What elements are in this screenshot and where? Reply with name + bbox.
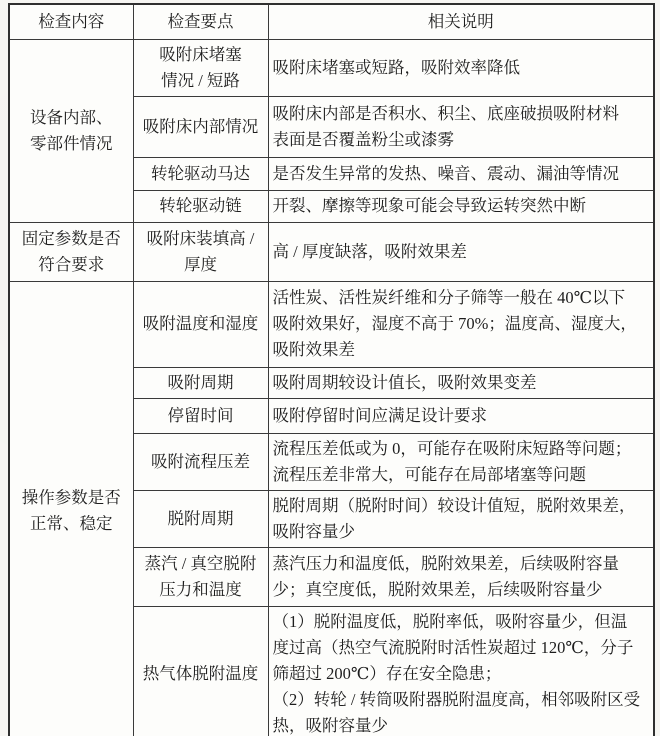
group-cell-fixed-params: 固定参数是否 符合要求 <box>9 222 133 281</box>
point-cell: 吸附床内部情况 <box>133 96 268 157</box>
description-cell: 活性炭、活性炭纤维和分子筛等一般在 40℃以下 吸附效果好，湿度不高于 70%；… <box>268 281 654 367</box>
table-row: 操作参数是否 正常、稳定 吸附温度和湿度 活性炭、活性炭纤维和分子筛等一般在 4… <box>9 281 654 367</box>
document-page: 检查内容 检查要点 相关说明 设备内部、 零部件情况 吸附床堵塞 情况 / 短路… <box>0 0 660 736</box>
description-cell: 高 / 厚度缺落，吸附效果差 <box>268 222 654 281</box>
description-cell: 流程压差低或为 0，可能存在吸附床短路等问题； 流程压差非常大，可能存在局部堵塞… <box>268 433 654 490</box>
point-cell: 吸附周期 <box>133 367 268 398</box>
description-cell: 开裂、摩擦等现象可能会导致运转突然中断 <box>268 190 654 222</box>
table-row: 设备内部、 零部件情况 吸附床堵塞 情况 / 短路 吸附床堵塞或短路，吸附效率降… <box>9 39 654 96</box>
group-cell-operating-params: 操作参数是否 正常、稳定 <box>9 281 133 736</box>
table-row: 固定参数是否 符合要求 吸附床装填高 / 厚度 高 / 厚度缺落，吸附效果差 <box>9 222 654 281</box>
description-cell: 吸附停留时间应满足设计要求 <box>268 398 654 433</box>
inspection-table: 检查内容 检查要点 相关说明 设备内部、 零部件情况 吸附床堵塞 情况 / 短路… <box>8 3 655 736</box>
description-cell: 蒸汽压力和温度低，脱附效果差，后续吸附容量 少；真空度低，脱附效果差，后续吸附容… <box>268 547 654 606</box>
header-row: 检查内容 检查要点 相关说明 <box>9 4 654 39</box>
description-cell: （1）脱附温度低，脱附率低，吸附容量少，但温 度过高（热空气流脱附时活性炭超过 … <box>268 606 654 736</box>
point-cell: 吸附床堵塞 情况 / 短路 <box>133 39 268 96</box>
point-cell: 蒸汽 / 真空脱附 压力和温度 <box>133 547 268 606</box>
description-cell: 是否发生异常的发热、噪音、震动、漏油等情况 <box>268 157 654 190</box>
group-cell-equipment-parts: 设备内部、 零部件情况 <box>9 39 133 222</box>
point-cell: 转轮驱动马达 <box>133 157 268 190</box>
point-cell: 吸附温度和湿度 <box>133 281 268 367</box>
point-cell: 脱附周期 <box>133 490 268 547</box>
description-cell: 脱附周期（脱附时间）较设计值短，脱附效果差， 吸附容量少 <box>268 490 654 547</box>
header-related-note: 相关说明 <box>268 4 654 39</box>
point-cell: 停留时间 <box>133 398 268 433</box>
description-cell: 吸附床内部是否积水、积尘、底座破损吸附材料 表面是否覆盖粉尘或漆雾 <box>268 96 654 157</box>
description-cell: 吸附周期较设计值长，吸附效果变差 <box>268 367 654 398</box>
header-inspection-point: 检查要点 <box>133 4 268 39</box>
point-cell: 热气体脱附温度 <box>133 606 268 736</box>
point-cell: 吸附流程压差 <box>133 433 268 490</box>
description-cell: 吸附床堵塞或短路，吸附效率降低 <box>268 39 654 96</box>
point-cell: 转轮驱动链 <box>133 190 268 222</box>
header-inspection-content: 检查内容 <box>9 4 133 39</box>
point-cell: 吸附床装填高 / 厚度 <box>133 222 268 281</box>
